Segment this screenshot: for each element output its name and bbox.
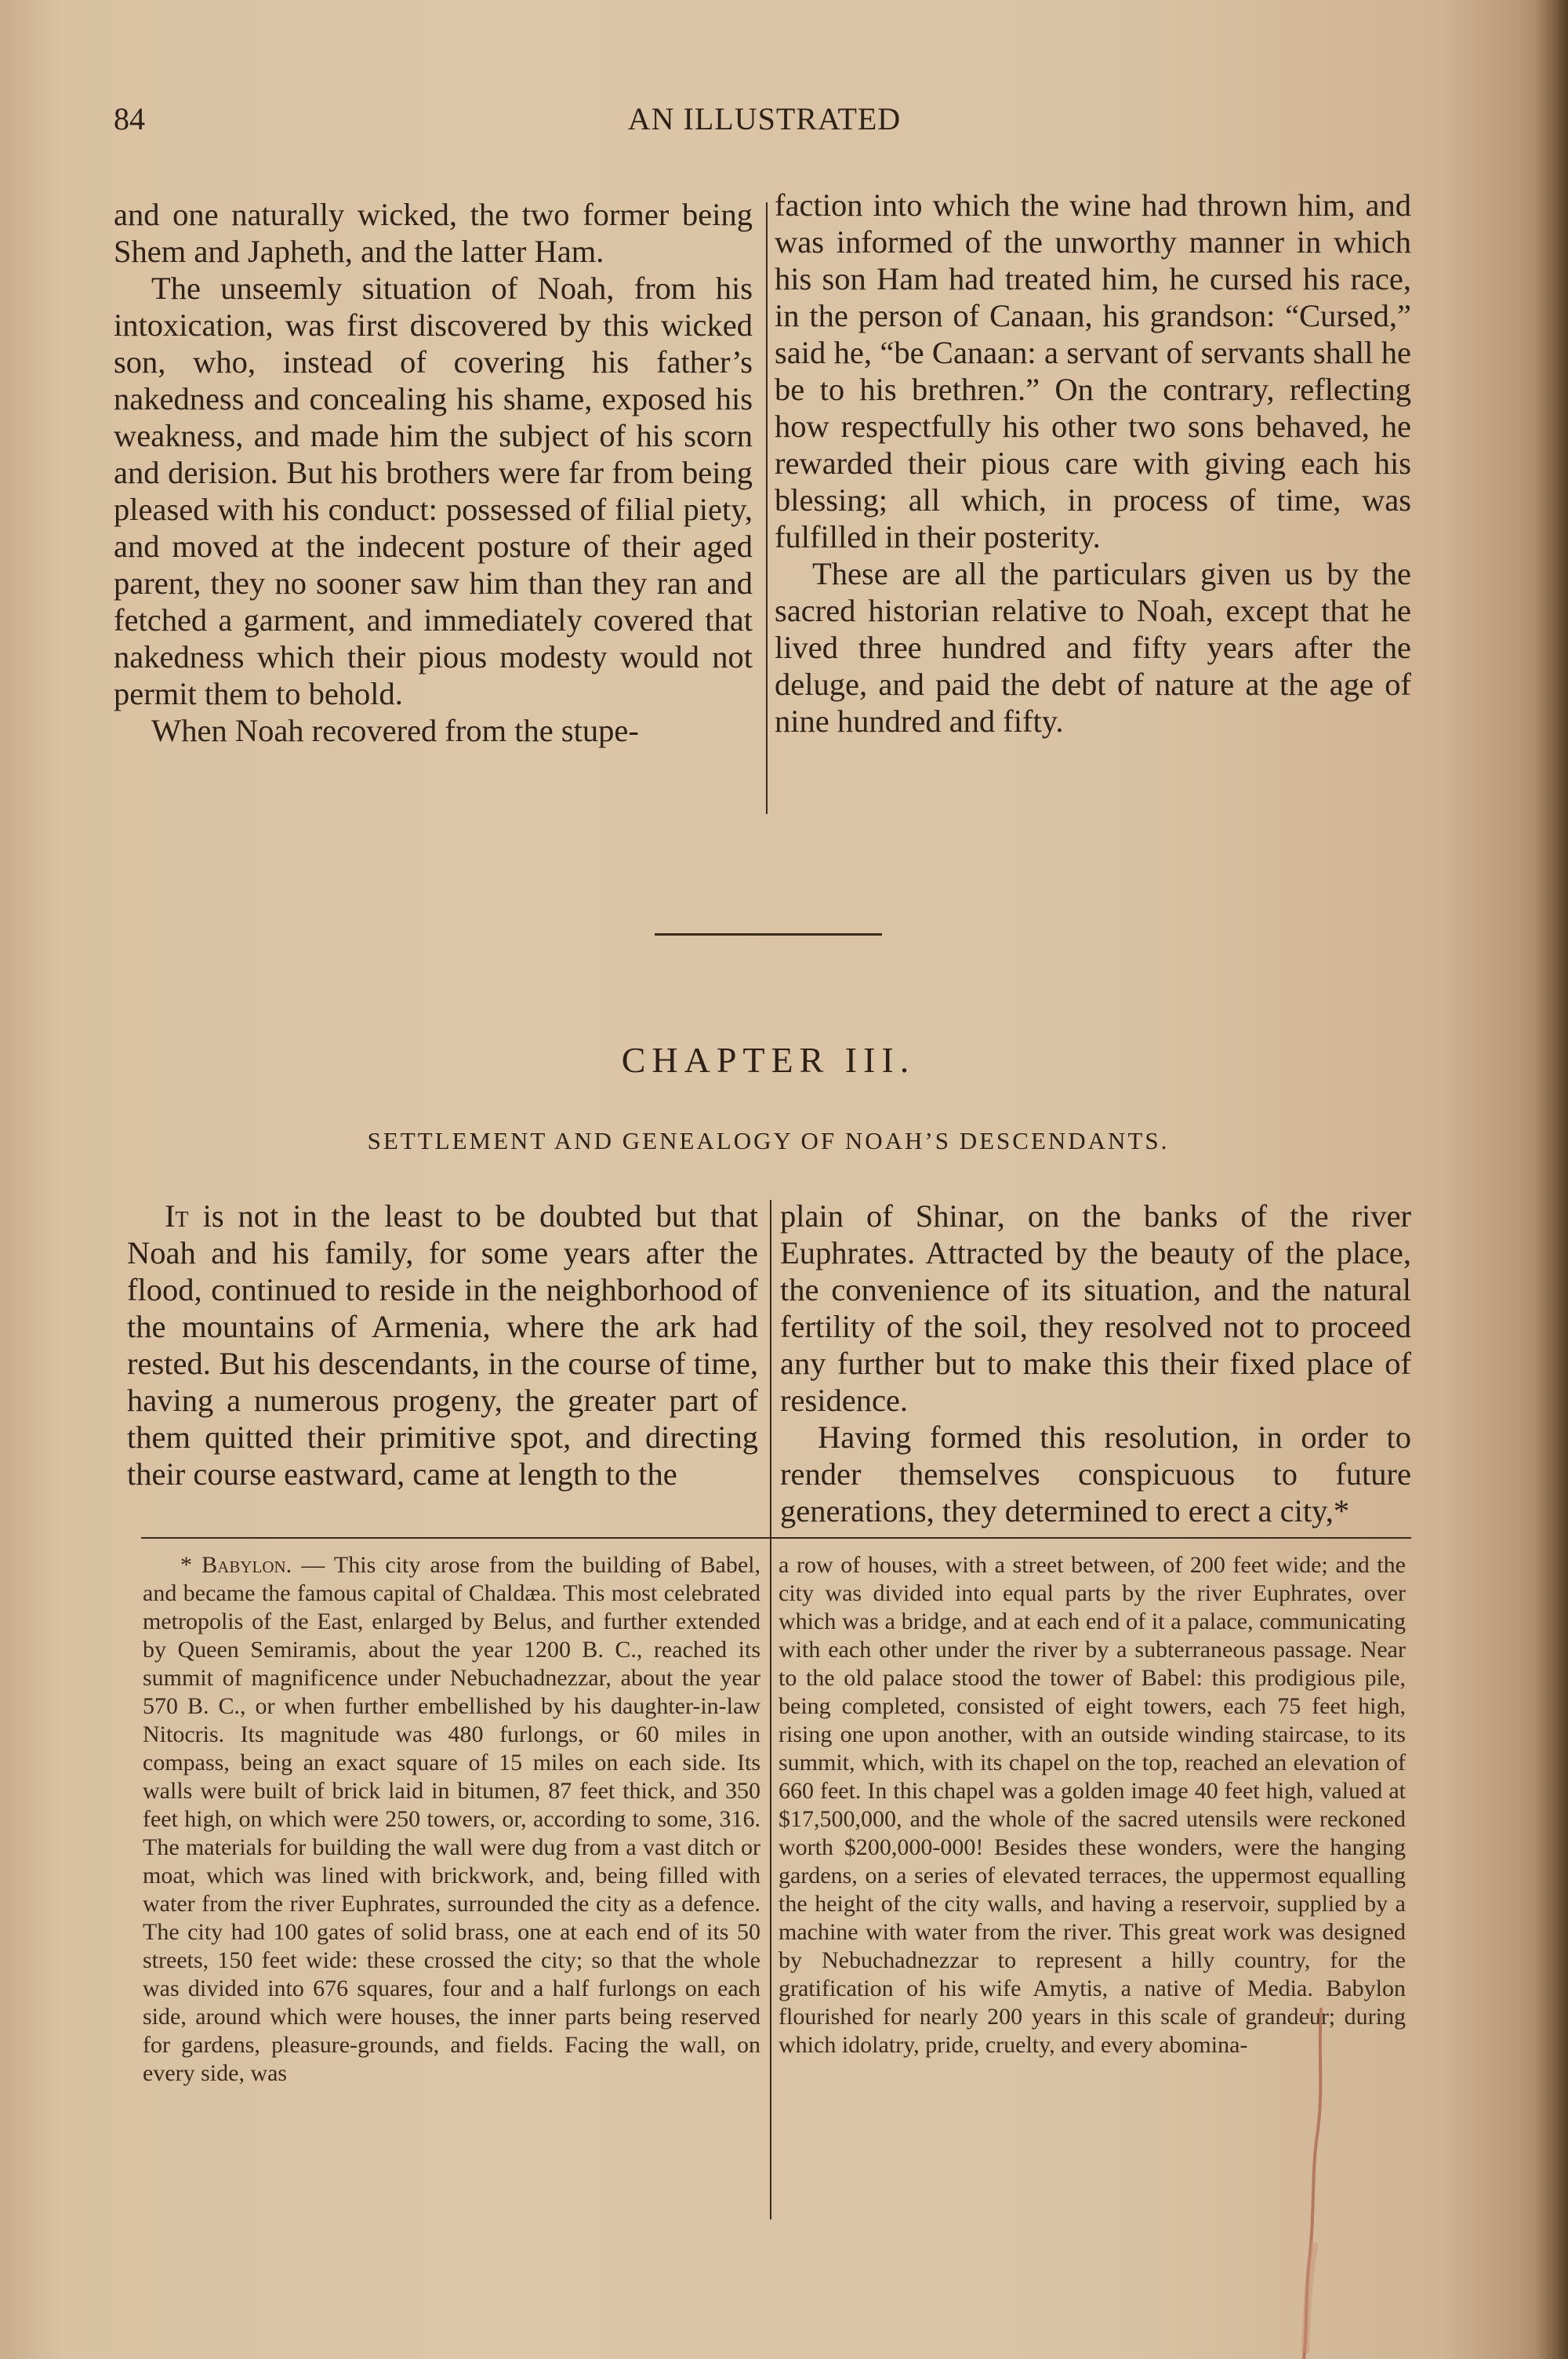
footnote-heading: Babylon. <box>201 1552 292 1578</box>
paragraph: and one naturally wicked, the two former… <box>114 196 753 270</box>
footnote-divider <box>141 1537 1411 1539</box>
footnote-left: * Babylon. — This city arose from the bu… <box>143 1551 760 2088</box>
running-head: 84 AN ILLUSTRATED <box>114 100 1415 147</box>
paragraph: Having formed this resolution, in order … <box>780 1419 1411 1529</box>
drop-lead-word: It <box>165 1198 189 1234</box>
footnote-right: a row of houses, with a street between, … <box>779 1551 1406 2059</box>
section-divider <box>655 933 882 936</box>
paper-tear-mark <box>1298 2008 1329 2359</box>
paragraph: These are all the particulars given us b… <box>775 555 1411 740</box>
chapter-subtitle: SETTLEMENT AND GENEALOGY OF NOAH’S DESCE… <box>0 1127 1537 1155</box>
paragraph: The unseemly situation of Noah, from his… <box>114 270 753 712</box>
chapter-title: CHAPTER III. <box>0 1039 1537 1081</box>
paragraph: When Noah recovered from the stupe- <box>114 712 753 749</box>
upper-right-column: faction into which the wine had thrown h… <box>775 187 1411 740</box>
book-page: 84 AN ILLUSTRATED and one naturally wick… <box>0 0 1568 2359</box>
paragraph: plain of Shinar, on the banks of the riv… <box>780 1198 1411 1419</box>
lower-left-column: It is not in the least to be doubted but… <box>127 1198 758 1492</box>
paragraph: It is not in the least to be doubted but… <box>127 1198 758 1492</box>
upper-left-column: and one naturally wicked, the two former… <box>114 196 753 749</box>
column-divider <box>770 1200 771 2219</box>
paragraph: faction into which the wine had thrown h… <box>775 187 1411 555</box>
running-title: AN ILLUSTRATED <box>114 100 1415 137</box>
page-edge-shadow <box>1537 0 1568 2359</box>
lower-right-column: plain of Shinar, on the banks of the riv… <box>780 1198 1411 1529</box>
footnote-paragraph: a row of houses, with a street between, … <box>779 1551 1406 2059</box>
column-divider <box>766 202 768 814</box>
asterisk-marker: * <box>180 1552 201 1578</box>
footnote-paragraph: * Babylon. — This city arose from the bu… <box>143 1551 760 2088</box>
